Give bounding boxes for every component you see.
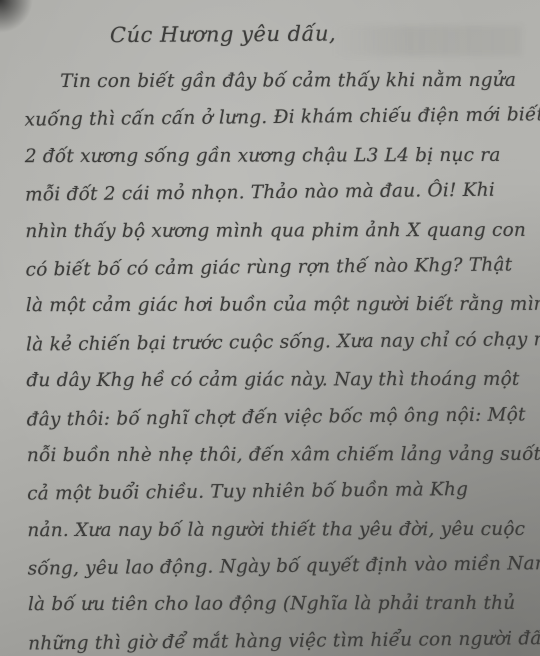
letter-line: đu dây Khg hề có cảm giác này. Nay thì t…: [26, 361, 518, 400]
letter-photo: Cúc Hương yêu dấu, Tin con biết gần đây …: [0, 0, 540, 656]
handwritten-letter: Cúc Hương yêu dấu, Tin con biết gần đây …: [0, 0, 540, 656]
letter-line: sống, yêu lao động. Ngày bố quyết định v…: [27, 545, 519, 588]
letter-line: mỗi đốt 2 cái mỏ nhọn. Thảo nào mà đau. …: [25, 172, 517, 215]
letter-line: xuống thì cấn cấn ở lưng. Đi khám chiếu …: [24, 97, 516, 140]
letter-line: nản. Xưa nay bố là người thiết tha yêu đ…: [27, 511, 519, 550]
letter-line: nhìn thấy bộ xương mình qua phim ảnh X q…: [25, 211, 517, 250]
salutation: Cúc Hương yêu dấu,: [110, 22, 336, 48]
letter-line: Tin con biết gần đây bố cảm thấy khi nằm…: [24, 62, 516, 101]
letter-body: Tin con biết gần đây bố cảm thấy khi nằm…: [24, 60, 520, 656]
letter-line: có biết bố có cảm giác rùng rợn thế nào …: [25, 246, 517, 289]
letter-line: những thì giờ để mắt hàng việc tìm hiểu …: [28, 620, 520, 656]
letter-line: đây thôi: bố nghĩ chợt đến việc bốc mộ ô…: [26, 396, 518, 439]
letter-line: là bố ưu tiên cho lao động (Nghĩa là phả…: [28, 585, 520, 624]
letter-line: là một cảm giác hơi buồn của một người b…: [26, 286, 518, 325]
letter-line: cả một buổi chiều. Tuy nhiên bố buồn mà …: [27, 471, 519, 514]
letter-line: nỗi buồn nhè nhẹ thôi, đến xâm chiếm lản…: [27, 436, 519, 475]
letter-line: 2 đốt xương sống gần xương chậu L3 L4 bị…: [25, 137, 517, 176]
letter-line: là kẻ chiến bại trước cuộc sống. Xưa nay…: [26, 321, 518, 364]
